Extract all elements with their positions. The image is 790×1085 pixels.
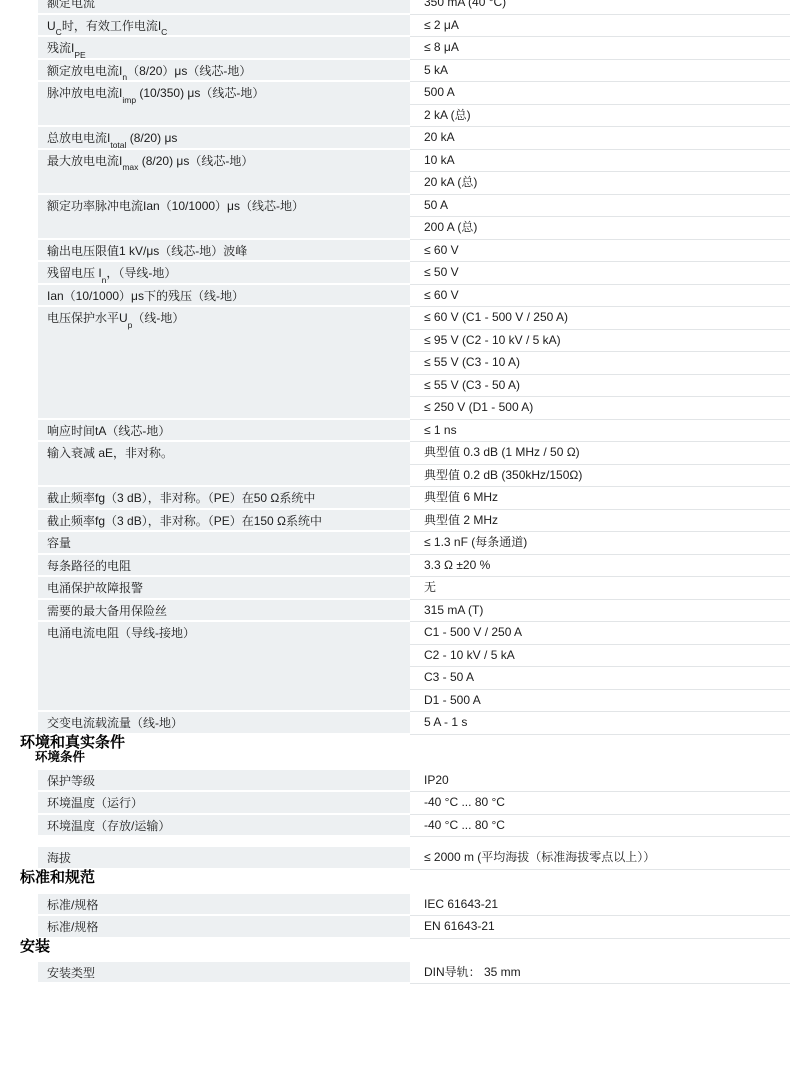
spec-row: 截止频率fg（3 dB），非对称。（PE）在50 Ω系统中典型值 6 MHz	[38, 487, 790, 510]
spec-row: 额定电流350 mA (40 °C)	[38, 0, 790, 15]
section-heading-standards: 标准和规范	[20, 870, 790, 886]
spec-row: 标准/规格IEC 61643-21	[38, 894, 790, 917]
spec-value: EN 61643-21	[410, 916, 790, 939]
spec-value: IEC 61643-21	[410, 894, 790, 917]
spec-row: 安装类型DIN导轨： 35 mm	[38, 962, 790, 985]
spec-value: ≤ 55 V (C3 - 50 A)	[410, 375, 790, 398]
spec-value: ≤ 1 ns	[410, 420, 790, 443]
subsection-heading-env-conditions: 环境条件	[35, 751, 790, 764]
spec-label: 标准/规格	[38, 894, 410, 917]
spec-value: ≤ 2 μA	[410, 15, 790, 38]
spec-label: 残留电压 In，（导线-地）	[38, 262, 410, 285]
spec-value: 200 A (总)	[410, 217, 790, 240]
spec-label: 需要的最大备用保险丝	[38, 600, 410, 623]
spec-value: 50 A	[410, 195, 790, 218]
spec-row: 标准/规格EN 61643-21	[38, 916, 790, 939]
altitude-table: 海拔≤ 2000 m (平均海拔（标准海拔零点以上））	[38, 847, 790, 870]
spec-values: ≤ 60 V (C1 - 500 V / 250 A)≤ 95 V (C2 - …	[410, 307, 790, 420]
spec-row: 电涌电流电阻（导线-接地）C1 - 500 V / 250 AC2 - 10 k…	[38, 622, 790, 712]
spec-row: 残留电压 In，（导线-地）≤ 50 V	[38, 262, 790, 285]
spec-values: ≤ 1.3 nF (每条通道)	[410, 532, 790, 555]
spec-value: 典型值 0.3 dB (1 MHz / 50 Ω)	[410, 442, 790, 465]
spec-values: 350 mA (40 °C)	[410, 0, 790, 15]
spec-value: ≤ 60 V	[410, 285, 790, 308]
spec-value: ≤ 60 V	[410, 240, 790, 263]
spec-values: 典型值 6 MHz	[410, 487, 790, 510]
spec-row: 电涌保护故障报警无	[38, 577, 790, 600]
spec-row: 交变电流载流量（线-地）5 A - 1 s	[38, 712, 790, 735]
spec-row: 每条路径的电阻3.3 Ω ±20 %	[38, 555, 790, 578]
spec-row: 额定放电电流In（8/20）μs（线芯-地）5 kA	[38, 60, 790, 83]
spec-row: Ian（10/1000）μs下的残压（线-地）≤ 60 V	[38, 285, 790, 308]
spec-values: ≤ 2000 m (平均海拔（标准海拔零点以上））	[410, 847, 790, 870]
spec-row: 容量≤ 1.3 nF (每条通道)	[38, 532, 790, 555]
spec-values: 500 A2 kA (总)	[410, 82, 790, 127]
spec-value: 典型值 6 MHz	[410, 487, 790, 510]
spec-row: 最大放电电流Imax (8/20) μs（线芯-地）10 kA20 kA (总)	[38, 150, 790, 195]
spec-value: DIN导轨： 35 mm	[410, 962, 790, 985]
spec-row: UC时，有效工作电流IC≤ 2 μA	[38, 15, 790, 38]
spec-values: ≤ 50 V	[410, 262, 790, 285]
spec-values: -40 °C ... 80 °C	[410, 815, 790, 838]
spec-value: ≤ 1.3 nF (每条通道)	[410, 532, 790, 555]
spec-value: D1 - 500 A	[410, 690, 790, 713]
spec-label: 环境温度（运行）	[38, 792, 410, 815]
spec-value: 典型值 2 MHz	[410, 510, 790, 533]
spec-value: 350 mA (40 °C)	[410, 0, 790, 15]
spec-values: 5 kA	[410, 60, 790, 83]
spec-values: ≤ 60 V	[410, 285, 790, 308]
spec-label: 环境温度（存放/运输）	[38, 815, 410, 838]
subscript: imp	[122, 95, 136, 105]
spec-label: 电涌保护故障报警	[38, 577, 410, 600]
subscript: total	[110, 140, 126, 150]
spec-values: ≤ 1 ns	[410, 420, 790, 443]
spec-row: 额定功率脉冲电流Ian（10/1000）μs（线芯-地）50 A200 A (总…	[38, 195, 790, 240]
spec-values: 50 A200 A (总)	[410, 195, 790, 240]
spec-label: 脉冲放电电流Iimp (10/350) μs（线芯-地）	[38, 82, 410, 127]
spec-values: 典型值 2 MHz	[410, 510, 790, 533]
spec-value: 10 kA	[410, 150, 790, 173]
spec-row: 脉冲放电电流Iimp (10/350) μs（线芯-地）500 A2 kA (总…	[38, 82, 790, 127]
spec-value: 5 kA	[410, 60, 790, 83]
spec-values: IEC 61643-21	[410, 894, 790, 917]
spec-values: -40 °C ... 80 °C	[410, 792, 790, 815]
spec-row: 截止频率fg（3 dB），非对称。（PE）在150 Ω系统中典型值 2 MHz	[38, 510, 790, 533]
spec-value: ≤ 50 V	[410, 262, 790, 285]
spec-values: 315 mA (T)	[410, 600, 790, 623]
subscript: C	[56, 27, 62, 37]
environment-table: 保护等级IP20环境温度（运行）-40 °C ... 80 °C环境温度（存放/…	[38, 770, 790, 838]
spec-value: 20 kA (总)	[410, 172, 790, 195]
spec-value: ≤ 2000 m (平均海拔（标准海拔零点以上））	[410, 847, 790, 870]
spec-row: 输出电压限值1 kV/μs（线芯-地）波峰≤ 60 V	[38, 240, 790, 263]
spec-label: 总放电电流Itotal (8/20) μs	[38, 127, 410, 150]
spec-value: IP20	[410, 770, 790, 793]
spec-values: 典型值 0.3 dB (1 MHz / 50 Ω)典型值 0.2 dB (350…	[410, 442, 790, 487]
spec-label: 交变电流载流量（线-地）	[38, 712, 410, 735]
spec-label: 响应时间tA（线芯-地）	[38, 420, 410, 443]
spec-label: 额定电流	[38, 0, 410, 15]
spec-label: 保护等级	[38, 770, 410, 793]
spec-label: 额定功率脉冲电流Ian（10/1000）μs（线芯-地）	[38, 195, 410, 240]
spec-values: 20 kA	[410, 127, 790, 150]
spec-label: 输出电压限值1 kV/μs（线芯-地）波峰	[38, 240, 410, 263]
spec-label: 容量	[38, 532, 410, 555]
spec-value: 500 A	[410, 82, 790, 105]
spec-row: 电压保护水平Up（线-地）≤ 60 V (C1 - 500 V / 250 A)…	[38, 307, 790, 420]
spec-value: 无	[410, 577, 790, 600]
subscript: C	[161, 27, 167, 37]
spec-values: EN 61643-21	[410, 916, 790, 939]
spec-label: Ian（10/1000）μs下的残压（线-地）	[38, 285, 410, 308]
spec-label: 电涌电流电阻（导线-接地）	[38, 622, 410, 712]
spec-values: 5 A - 1 s	[410, 712, 790, 735]
spec-row: 环境温度（运行）-40 °C ... 80 °C	[38, 792, 790, 815]
spec-values: IP20	[410, 770, 790, 793]
spec-value: 2 kA (总)	[410, 105, 790, 128]
spec-values: 无	[410, 577, 790, 600]
spec-label: 每条路径的电阻	[38, 555, 410, 578]
spec-value: ≤ 95 V (C2 - 10 kV / 5 kA)	[410, 330, 790, 353]
standards-table: 标准/规格IEC 61643-21标准/规格EN 61643-21	[38, 894, 790, 939]
subscript: n	[102, 275, 107, 285]
spec-row: 输入衰减 aE，非对称。典型值 0.3 dB (1 MHz / 50 Ω)典型值…	[38, 442, 790, 487]
section-heading-environment: 环境和真实条件	[20, 735, 790, 751]
spec-value: ≤ 60 V (C1 - 500 V / 250 A)	[410, 307, 790, 330]
subscript: p	[128, 320, 133, 330]
spec-row: 响应时间tA（线芯-地）≤ 1 ns	[38, 420, 790, 443]
spec-label: UC时，有效工作电流IC	[38, 15, 410, 38]
subscript: n	[122, 72, 127, 82]
spec-label: 额定放电电流In（8/20）μs（线芯-地）	[38, 60, 410, 83]
spec-value: ≤ 250 V (D1 - 500 A)	[410, 397, 790, 420]
spec-values: ≤ 2 μA	[410, 15, 790, 38]
installation-table: 安装类型DIN导轨： 35 mm	[38, 962, 790, 985]
electrical-spec-table: 额定电流350 mA (40 °C)UC时，有效工作电流IC≤ 2 μA残流IP…	[38, 0, 790, 735]
spec-row: 海拔≤ 2000 m (平均海拔（标准海拔零点以上））	[38, 847, 790, 870]
spec-label: 安装类型	[38, 962, 410, 985]
spec-value: 315 mA (T)	[410, 600, 790, 623]
subscript: PE	[74, 50, 85, 60]
spec-label: 电压保护水平Up（线-地）	[38, 307, 410, 420]
spec-value: 20 kA	[410, 127, 790, 150]
spec-label: 残流IPE	[38, 37, 410, 60]
spec-value: ≤ 55 V (C3 - 10 A)	[410, 352, 790, 375]
spec-row: 保护等级IP20	[38, 770, 790, 793]
spec-value: -40 °C ... 80 °C	[410, 815, 790, 838]
spec-value: ≤ 8 μA	[410, 37, 790, 60]
subscript: max	[122, 162, 138, 172]
section-heading-installation: 安装	[20, 939, 790, 955]
spec-label: 标准/规格	[38, 916, 410, 939]
spec-value: 典型值 0.2 dB (350kHz/150Ω)	[410, 465, 790, 488]
spec-value: 3.3 Ω ±20 %	[410, 555, 790, 578]
spec-value: C1 - 500 V / 250 A	[410, 622, 790, 645]
spec-values: ≤ 8 μA	[410, 37, 790, 60]
spec-row: 残流IPE≤ 8 μA	[38, 37, 790, 60]
spec-row: 总放电电流Itotal (8/20) μs20 kA	[38, 127, 790, 150]
spec-row: 环境温度（存放/运输）-40 °C ... 80 °C	[38, 815, 790, 838]
spec-value: 5 A - 1 s	[410, 712, 790, 735]
spec-values: DIN导轨： 35 mm	[410, 962, 790, 985]
spec-label: 最大放电电流Imax (8/20) μs（线芯-地）	[38, 150, 410, 195]
spec-value: C3 - 50 A	[410, 667, 790, 690]
datasheet-page: 额定电流350 mA (40 °C)UC时，有效工作电流IC≤ 2 μA残流IP…	[0, 0, 790, 984]
spec-label: 海拔	[38, 847, 410, 870]
spec-label: 截止频率fg（3 dB），非对称。（PE）在150 Ω系统中	[38, 510, 410, 533]
spec-label: 截止频率fg（3 dB），非对称。（PE）在50 Ω系统中	[38, 487, 410, 510]
spec-values: 10 kA20 kA (总)	[410, 150, 790, 195]
spec-value: -40 °C ... 80 °C	[410, 792, 790, 815]
spec-values: 3.3 Ω ±20 %	[410, 555, 790, 578]
spec-label: 输入衰减 aE，非对称。	[38, 442, 410, 487]
spec-values: ≤ 60 V	[410, 240, 790, 263]
spec-row: 需要的最大备用保险丝315 mA (T)	[38, 600, 790, 623]
spec-values: C1 - 500 V / 250 AC2 - 10 kV / 5 kAC3 - …	[410, 622, 790, 712]
spec-value: C2 - 10 kV / 5 kA	[410, 645, 790, 668]
